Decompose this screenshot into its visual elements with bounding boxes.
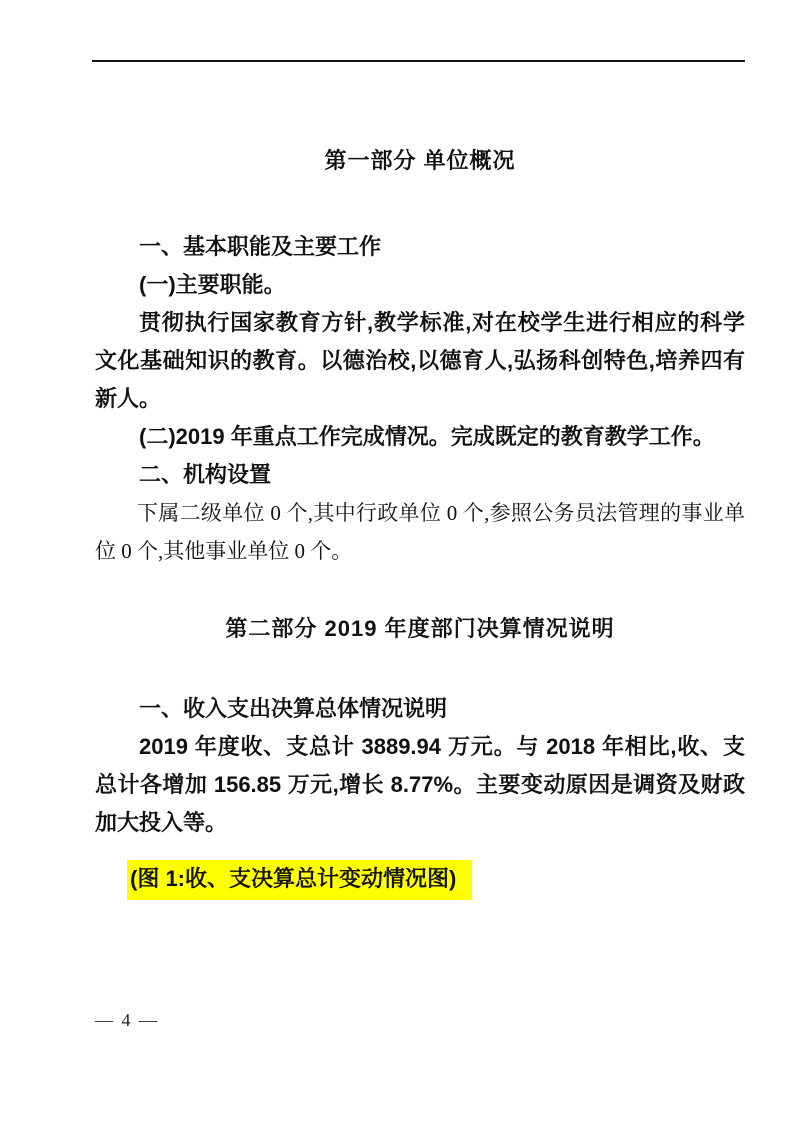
part1-paragraph-org: 下属二级单位 0 个,其中行政单位 0 个,参照公务员法管理的事业单位 0 个,… [95,494,745,570]
document-content: 第一部分 单位概况 一、基本职能及主要工作 (一)主要职能。 贯彻执行国家教育方… [95,142,745,900]
figure1-caption-row: (图 1:收、支决算总计变动情况图) [95,860,745,900]
part1-title: 第一部分 单位概况 [95,142,745,180]
part1-heading-functions: 一、基本职能及主要工作 [95,228,745,266]
part1-subheading-key-work: (二)2019 年重点工作完成情况。完成既定的教育教学工作。 [95,418,745,456]
part2-title: 第二部分 2019 年度部门决算情况说明 [95,610,745,648]
part2-heading-overview: 一、收入支出决算总体情况说明 [95,690,745,728]
part1-heading-org: 二、机构设置 [95,456,745,494]
figure1-caption-highlight: (图 1:收、支决算总计变动情况图) [127,860,472,900]
header-rule [92,60,745,62]
part1-subheading-main-duties: (一)主要职能。 [95,266,745,304]
part2-paragraph-totals: 2019 年度收、支总计 3889.94 万元。与 2018 年相比,收、支总计… [95,728,745,842]
part1-paragraph-duties: 贯彻执行国家教育方针,教学标准,对在校学生进行相应的科学文化基础知识的教育。以德… [95,304,745,418]
page-number: — 4 — [95,1010,159,1031]
document-page: 第一部分 单位概况 一、基本职能及主要工作 (一)主要职能。 贯彻执行国家教育方… [0,0,794,1123]
